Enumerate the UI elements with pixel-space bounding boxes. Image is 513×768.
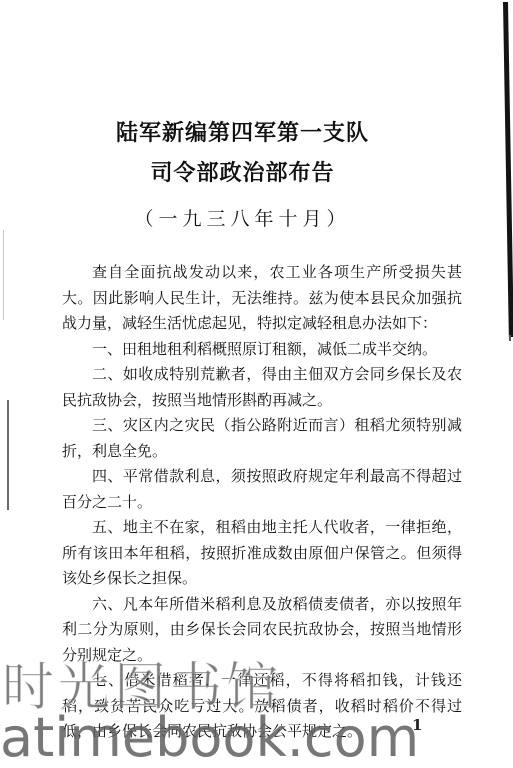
clause-2: 二、如收成特别荒歉者，得由主佃双方会同乡保长及农民抗敌协会，按照当地情形斟酌再减… bbox=[62, 362, 462, 413]
document-title-line-1: 陆军新编第四军第一支队 bbox=[0, 116, 499, 147]
scan-edge-line-left bbox=[3, 230, 4, 320]
document-date: （一九三八年十月） bbox=[0, 204, 499, 231]
clause-3: 三、灾区内之灾民（指公路附近而言）租稻尤须特别减折，利息全免。 bbox=[62, 413, 462, 464]
scan-edge-shadow-right bbox=[503, 2, 513, 337]
clause-5: 五、地主不在家，租稻由地主托人代收者，一律拒绝，所有该田本年租稻，按照折准成数由… bbox=[62, 515, 462, 592]
clause-4: 四、平常借款利息，须按照政府规定年利最高不得超过百分之二十。 bbox=[62, 464, 462, 515]
intro-paragraph: 查自全面抗战发动以来，农工业各项生产所受损失甚大。因此影响人民生计，无法维持。兹… bbox=[62, 260, 462, 337]
scan-edge-line-left bbox=[7, 400, 9, 510]
scanned-page: 陆军新编第四军第一支队 司令部政治部布告 （一九三八年十月） 查自全面抗战发动以… bbox=[0, 0, 513, 768]
document-title-line-2: 司令部政治部布告 bbox=[0, 156, 499, 187]
scan-edge-shadow-right-tail bbox=[509, 335, 511, 341]
clause-1: 一、田租地租利稻概照原订租额，减低二成半交纳。 bbox=[62, 337, 462, 363]
clause-6: 六、凡本年所借米稻利息及放稻债麦债者，亦以按照年利二分为原则，由乡保长会同农民抗… bbox=[62, 592, 462, 669]
watermark-url: atimebook.com bbox=[0, 708, 419, 768]
